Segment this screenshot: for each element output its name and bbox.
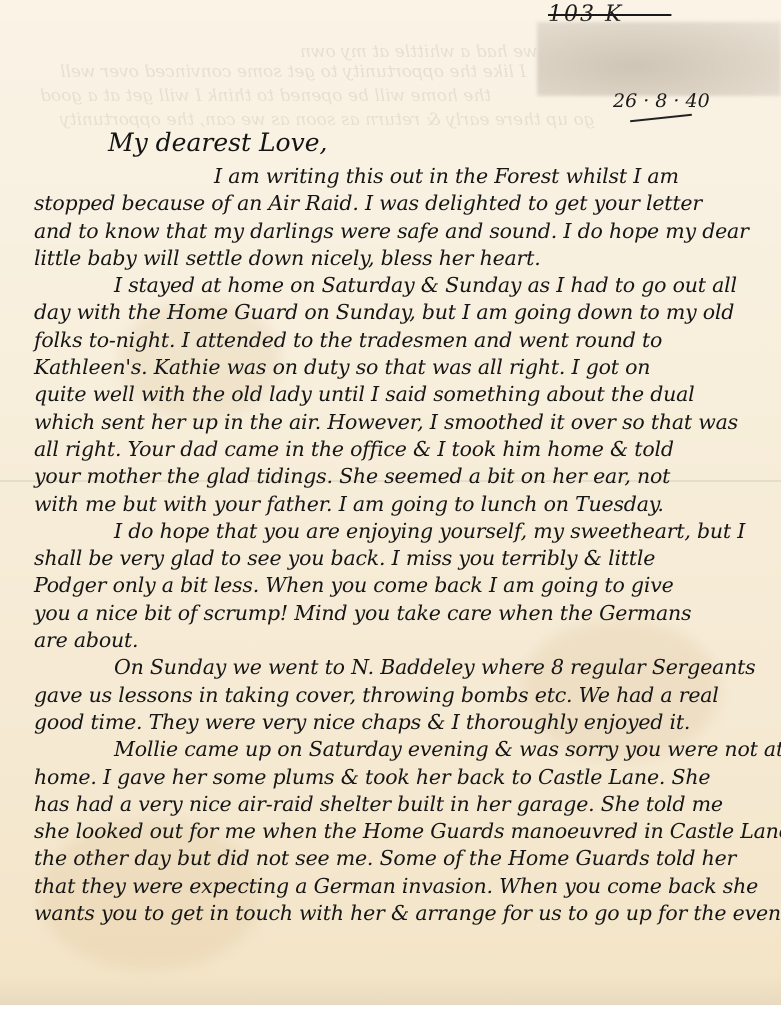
salutation: My dearest Love,	[108, 128, 327, 157]
letter-line: Mollie came up on Saturday evening & was…	[34, 736, 774, 763]
letter-line: with me but with your father. I am going…	[34, 491, 774, 518]
letter-line: you a nice bit of scrump! Mind you take …	[34, 600, 774, 627]
letter-line: which sent her up in the air. However, I…	[34, 409, 774, 436]
letter-body: I am writing this out in the Forest whil…	[34, 163, 774, 927]
letter-page: be a good idea if we had a whittle at my…	[0, 0, 781, 1005]
letter-line: stopped because of an Air Raid. I was de…	[34, 190, 774, 217]
letter-line: little baby will settle down nicely, ble…	[34, 245, 774, 272]
letter-line: On Sunday we went to N. Baddeley where 8…	[34, 654, 774, 681]
letter-line: are about.	[34, 627, 774, 654]
date-underline	[630, 114, 692, 122]
letter-line: your mother the glad tidings. She seemed…	[34, 463, 774, 490]
letter-line: has had a very nice air-raid shelter bui…	[34, 791, 774, 818]
letter-line: quite well with the old lady until I sai…	[34, 381, 774, 408]
letter-line: Kathleen's. Kathie was on duty so that w…	[34, 354, 774, 381]
letter-line: and to know that my darlings were safe a…	[34, 218, 774, 245]
letter-line: home. I gave her some plums & took her b…	[34, 764, 774, 791]
letter-line: all right. Your dad came in the office &…	[34, 436, 774, 463]
letter-line: I do hope that you are enjoying yourself…	[34, 518, 774, 545]
letter-line: she looked out for me when the Home Guar…	[34, 818, 774, 845]
letter-line: folks to-night. I attended to the trades…	[34, 327, 774, 354]
bleed-through-text: go up there early & return as soon as we…	[60, 110, 595, 130]
letter-line: day with the Home Guard on Sunday, but I…	[34, 299, 774, 326]
letter-date: 26 · 8 · 40	[613, 90, 710, 112]
bleed-through-text: I like the opportunity to get some convi…	[60, 62, 526, 82]
letter-line: shall be very glad to see you back. I mi…	[34, 545, 774, 572]
letter-line: the other day but did not see me. Some o…	[34, 845, 774, 872]
letter-line: wants you to get in touch with her & arr…	[34, 900, 774, 927]
letter-line: I am writing this out in the Forest whil…	[34, 163, 774, 190]
letter-line: gave us lessons in taking cover, throwin…	[34, 682, 774, 709]
bleed-through-text: the home will be opened to think I will …	[40, 86, 491, 106]
redacted-block	[537, 22, 781, 96]
letter-line: that they were expecting a German invasi…	[34, 873, 774, 900]
letter-line: good time. They were very nice chaps & I…	[34, 709, 774, 736]
letter-line: I stayed at home on Saturday & Sunday as…	[34, 272, 774, 299]
letter-line: Podger only a bit less. When you come ba…	[34, 572, 774, 599]
